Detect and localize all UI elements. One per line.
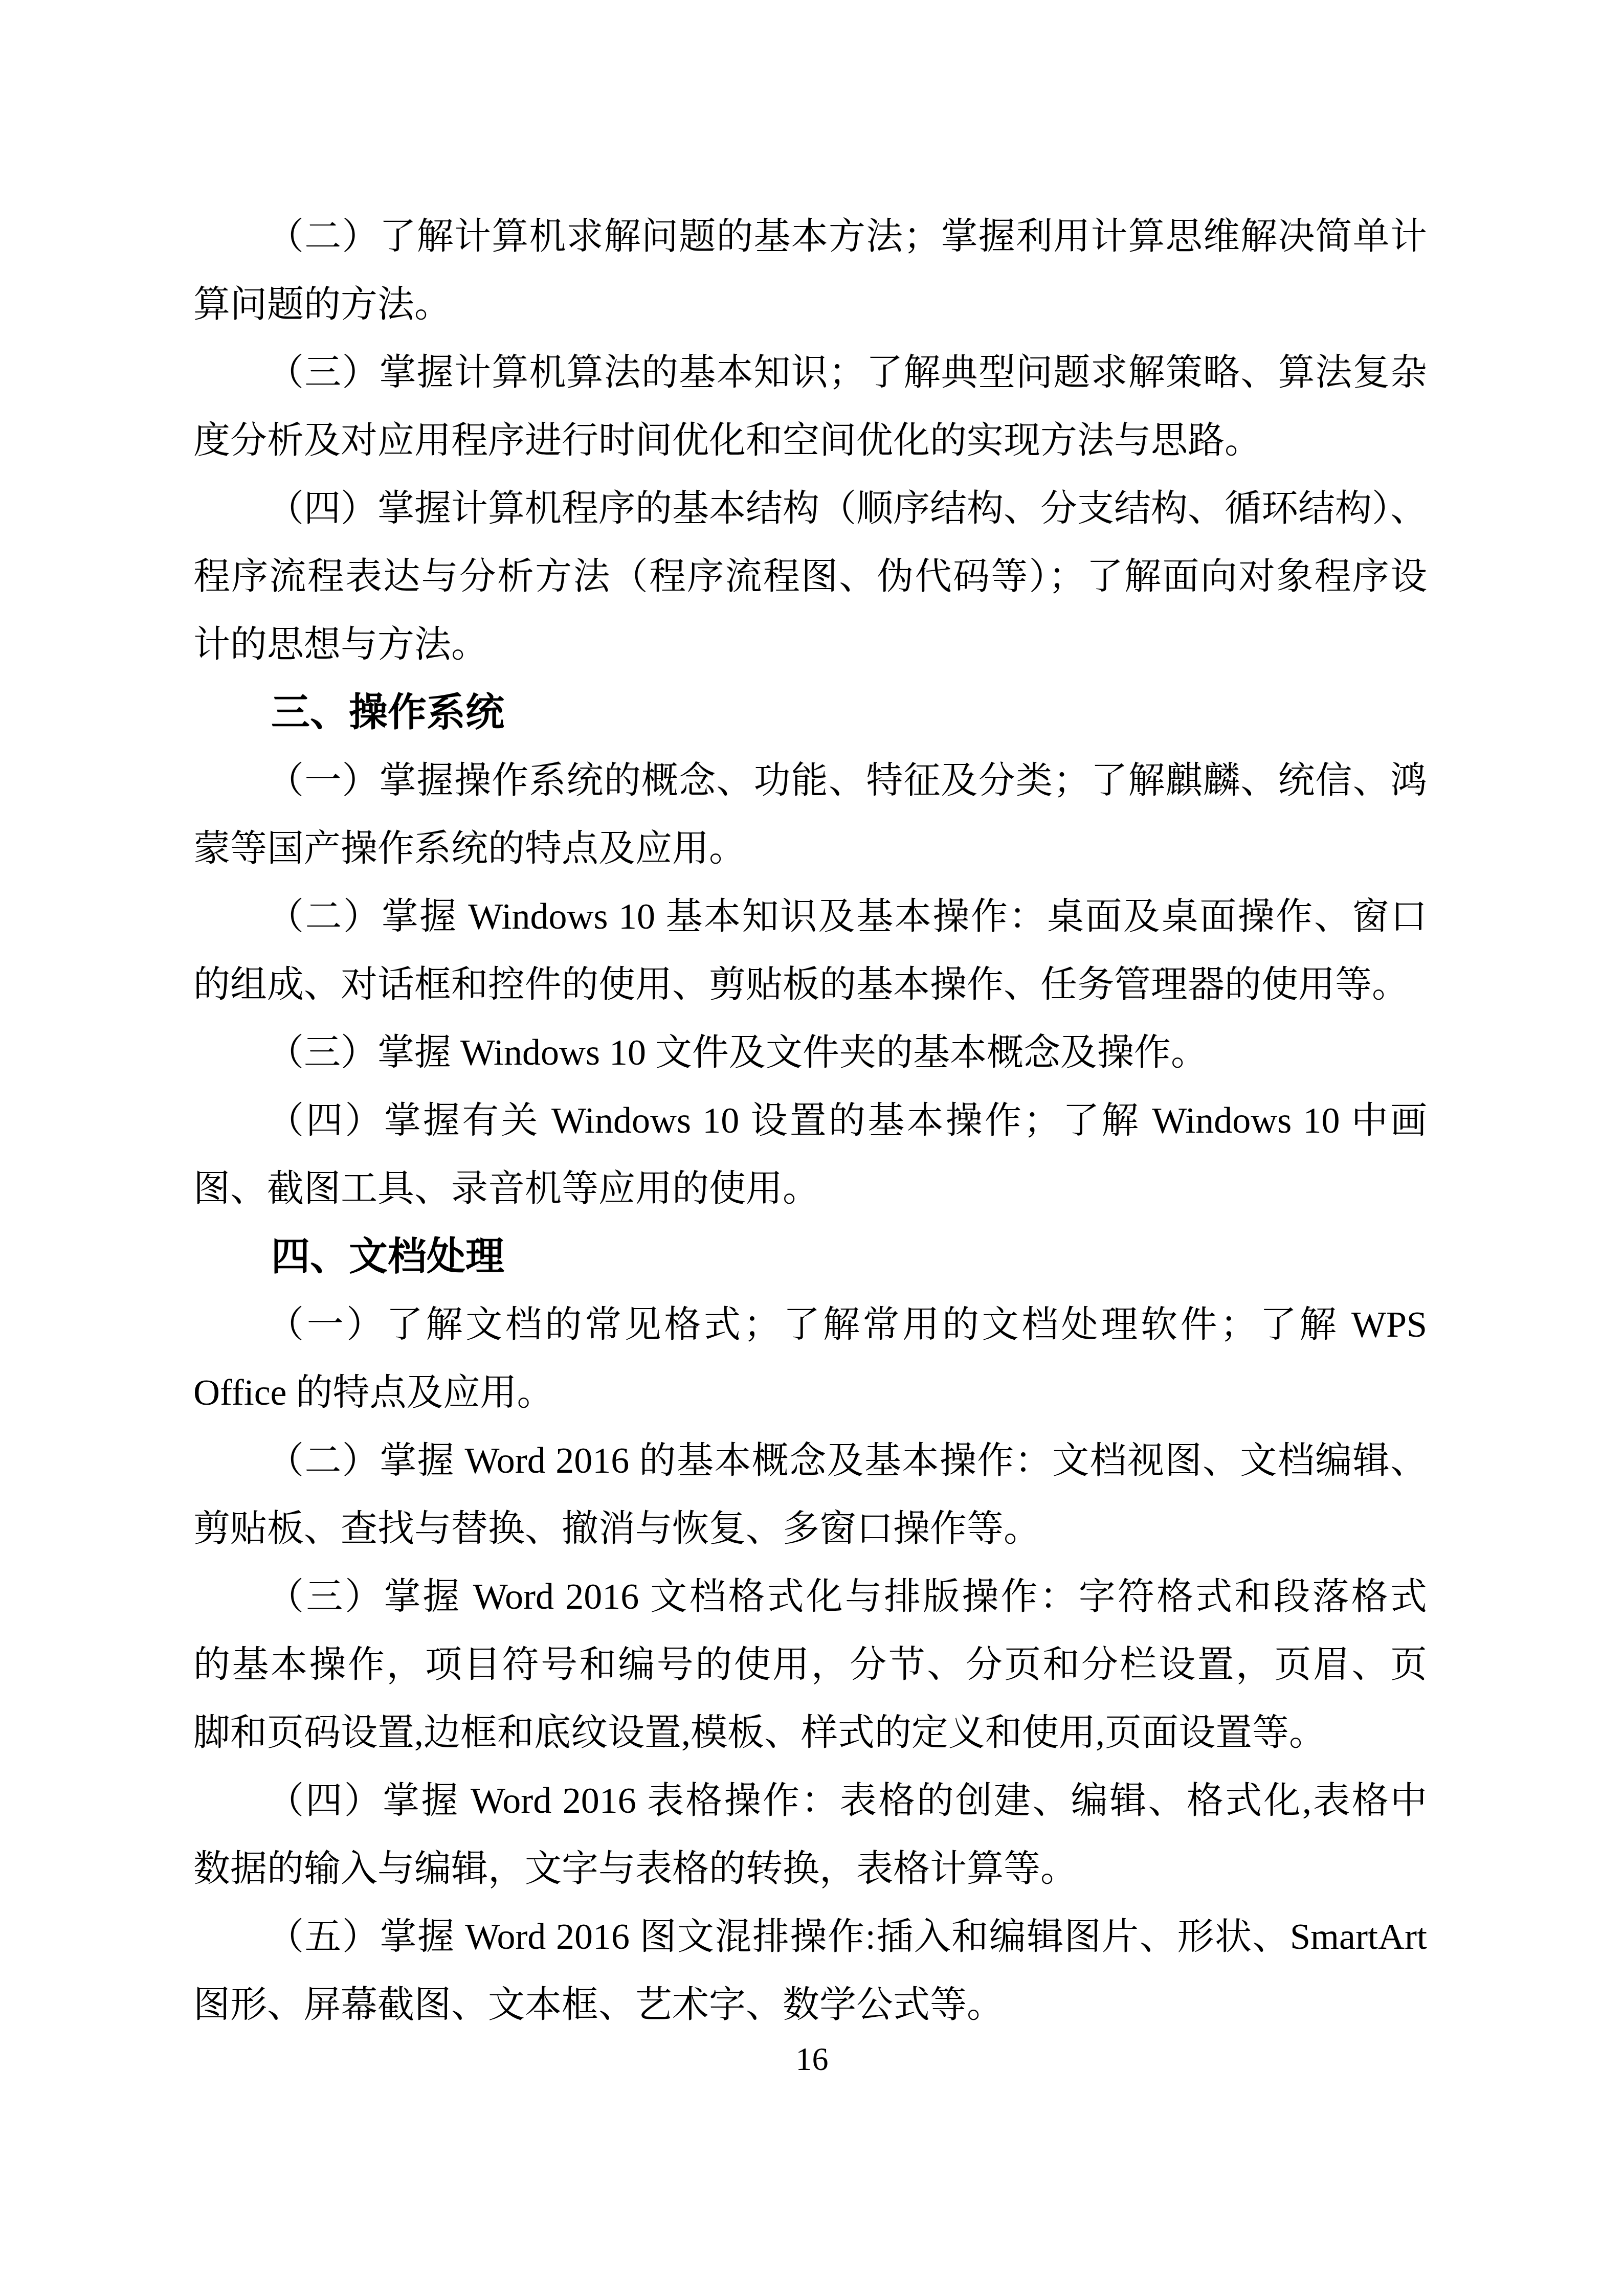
text-line: 程序流程表达与分析方法（程序流程图、伪代码等）；了解面向对象程序设 [193,543,1427,611]
paragraph: （二）了解计算机求解问题的基本方法；掌握利用计算思维解决简单计算问题的方法。 [193,202,1427,339]
text-line: 剪贴板、查找与替换、撤消与恢复、多窗口操作等。 [193,1495,1427,1563]
text-line: （三）掌握 Windows 10 文件及文件夹的基本概念及操作。 [193,1019,1427,1087]
text-line: （三）掌握计算机算法的基本知识；了解典型问题求解策略、算法复杂 [193,339,1427,407]
text-line: 脚和页码设置,边框和底纹设置,模板、样式的定义和使用,页面设置等。 [193,1699,1427,1767]
text-line: 图、截图工具、录音机等应用的使用。 [193,1155,1427,1223]
text-line: （四）掌握有关 Windows 10 设置的基本操作；了解 Windows 10… [193,1087,1427,1155]
paragraph: （四）掌握 Word 2016 表格操作：表格的创建、编辑、格式化,表格中数据的… [193,1767,1427,1903]
paragraph: （五）掌握 Word 2016 图文混排操作:插入和编辑图片、形状、SmartA… [193,1903,1427,2039]
text-line: 的基本操作，项目符号和编号的使用，分节、分页和分栏设置，页眉、页 [193,1631,1427,1699]
page-number: 16 [0,2041,1624,2077]
paragraph: （三）掌握计算机算法的基本知识；了解典型问题求解策略、算法复杂度分析及对应用程序… [193,339,1427,475]
text-line: 图形、屏幕截图、文本框、艺术字、数学公式等。 [193,1971,1427,2039]
text-line: （一）了解文档的常见格式；了解常用的文档处理软件；了解 WPS [193,1291,1427,1359]
document-page: （二）了解计算机求解问题的基本方法；掌握利用计算思维解决简单计算问题的方法。（三… [0,0,1624,2296]
text-line: （四）掌握计算机程序的基本结构（顺序结构、分支结构、循环结构）、 [193,475,1427,543]
paragraph: （四）掌握有关 Windows 10 设置的基本操作；了解 Windows 10… [193,1087,1427,1223]
text-line: （五）掌握 Word 2016 图文混排操作:插入和编辑图片、形状、SmartA… [193,1903,1427,1971]
section-heading: 三、操作系统 [193,679,1427,747]
text-line: 数据的输入与编辑，文字与表格的转换，表格计算等。 [193,1835,1427,1903]
paragraph: （一）了解文档的常见格式；了解常用的文档处理软件；了解 WPSOffice 的特… [193,1291,1427,1427]
text-line: （四）掌握 Word 2016 表格操作：表格的创建、编辑、格式化,表格中 [193,1767,1427,1835]
paragraph: （一）掌握操作系统的概念、功能、特征及分类；了解麒麟、统信、鸿蒙等国产操作系统的… [193,747,1427,883]
section-heading: 四、文档处理 [193,1223,1427,1291]
text-line: 四、文档处理 [193,1223,1427,1291]
text-line: 的组成、对话框和控件的使用、剪贴板的基本操作、任务管理器的使用等。 [193,951,1427,1019]
text-line: （三）掌握 Word 2016 文档格式化与排版操作：字符格式和段落格式 [193,1563,1427,1631]
text-line: 度分析及对应用程序进行时间优化和空间优化的实现方法与思路。 [193,407,1427,475]
paragraph: （三）掌握 Word 2016 文档格式化与排版操作：字符格式和段落格式的基本操… [193,1563,1427,1767]
paragraph: （三）掌握 Windows 10 文件及文件夹的基本概念及操作。 [193,1019,1427,1087]
text-line: （一）掌握操作系统的概念、功能、特征及分类；了解麒麟、统信、鸿 [193,747,1427,815]
text-line: （二）了解计算机求解问题的基本方法；掌握利用计算思维解决简单计 [193,202,1427,271]
text-line: 算问题的方法。 [193,271,1427,339]
paragraph: （二）掌握 Windows 10 基本知识及基本操作：桌面及桌面操作、窗口的组成… [193,883,1427,1019]
text-line: 计的思想与方法。 [193,611,1427,679]
text-line: Office 的特点及应用。 [193,1359,1427,1427]
paragraph: （四）掌握计算机程序的基本结构（顺序结构、分支结构、循环结构）、程序流程表达与分… [193,475,1427,679]
document-body: （二）了解计算机求解问题的基本方法；掌握利用计算思维解决简单计算问题的方法。（三… [193,202,1427,2039]
paragraph: （二）掌握 Word 2016 的基本概念及基本操作：文档视图、文档编辑、剪贴板… [193,1427,1427,1563]
text-line: 三、操作系统 [193,679,1427,747]
text-line: （二）掌握 Windows 10 基本知识及基本操作：桌面及桌面操作、窗口 [193,883,1427,951]
text-line: 蒙等国产操作系统的特点及应用。 [193,815,1427,883]
text-line: （二）掌握 Word 2016 的基本概念及基本操作：文档视图、文档编辑、 [193,1427,1427,1495]
